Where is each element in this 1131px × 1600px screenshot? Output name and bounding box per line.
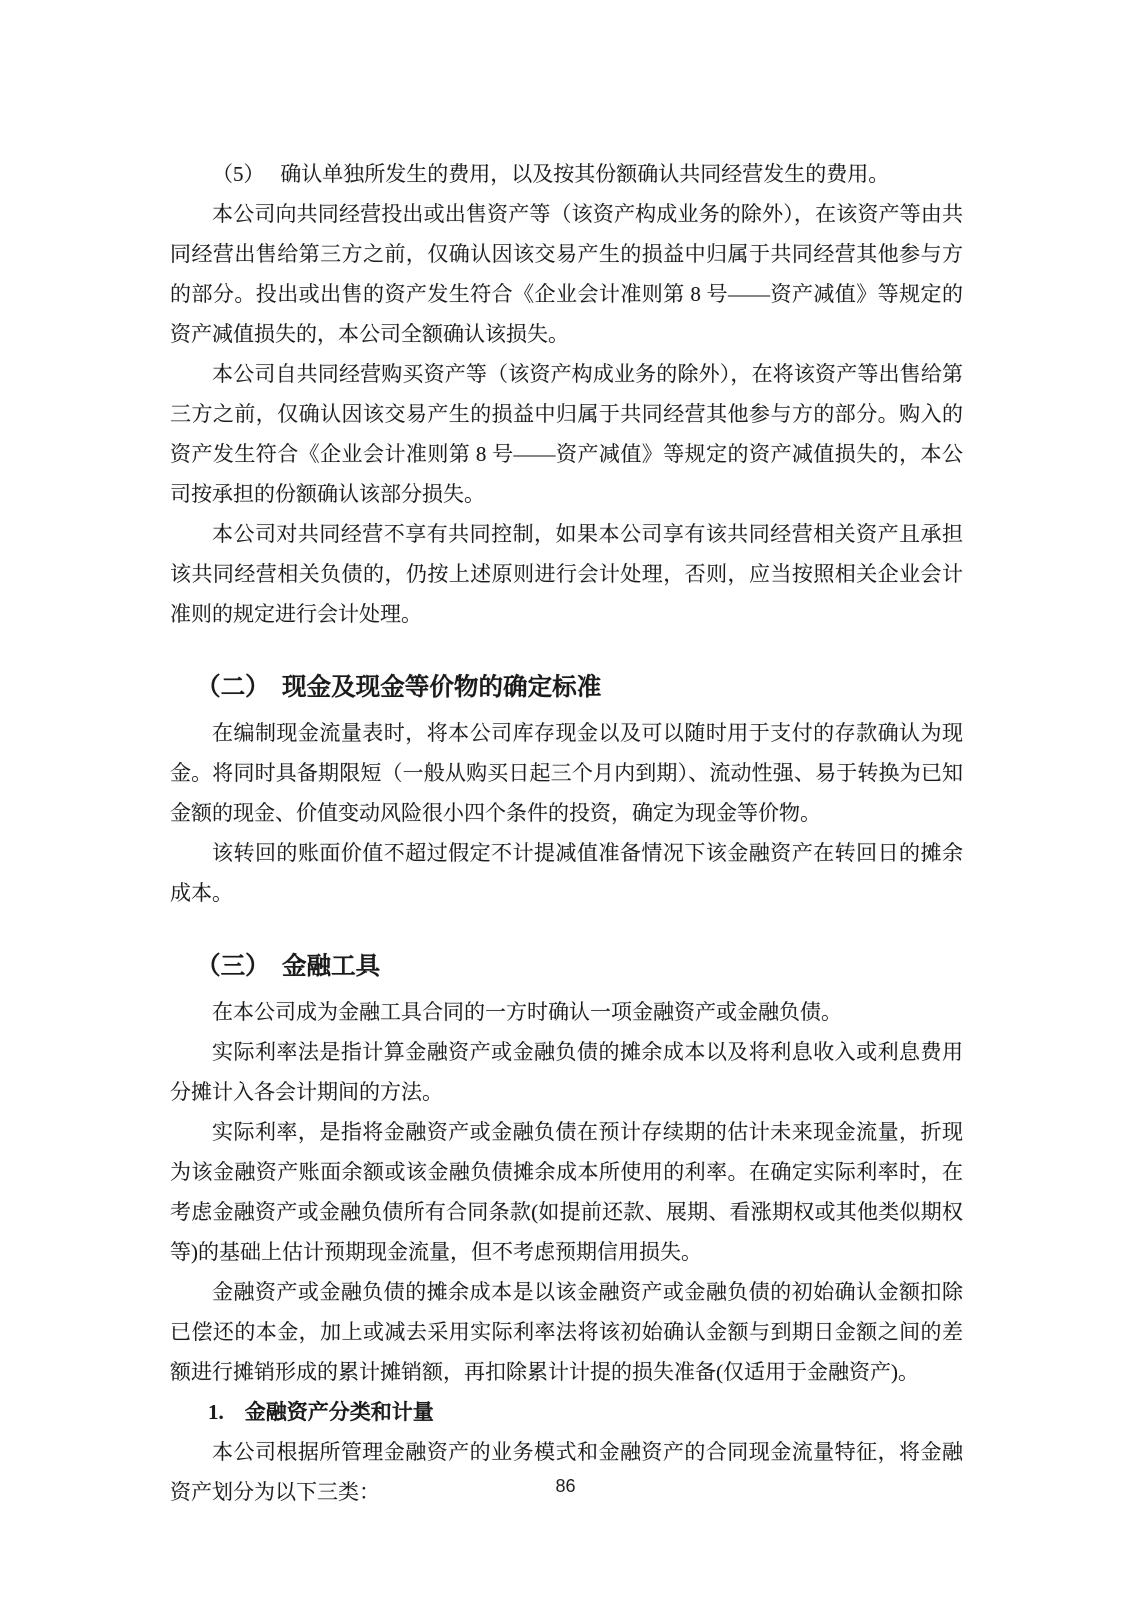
paragraph: 在本公司成为金融工具合同的一方时确认一项金融资产或金融负债。 [170, 992, 963, 1032]
subsection-heading-classification: 1. 金融资产分类和计量 [208, 1392, 963, 1432]
document-body: （5） 确认单独所发生的费用，以及按其份额确认共同经营发生的费用。 本公司向共同… [170, 154, 963, 1512]
paragraph: 本公司自共同经营购买资产等（该资产构成业务的除外），在将该资产等出售给第三方之前… [170, 354, 963, 514]
section-heading-cash: （二） 现金及现金等价物的确定标准 [196, 668, 963, 708]
paragraph: 该转回的账面价值不超过假定不计提减值准备情况下该金融资产在转回日的摊余成本。 [170, 833, 963, 913]
page-number: 86 [0, 1473, 1131, 1499]
paragraph: 实际利率，是指将金融资产或金融负债在预计存续期的估计未来现金流量，折现为该金融资… [170, 1112, 963, 1272]
document-page: （5） 确认单独所发生的费用，以及按其份额确认共同经营发生的费用。 本公司向共同… [0, 0, 1131, 1600]
paragraph: 实际利率法是指计算金融资产或金融负债的摊余成本以及将利息收入或利息费用分摊计入各… [170, 1032, 963, 1112]
paragraph: 本公司对共同经营不享有共同控制，如果本公司享有该共同经营相关资产且承担该共同经营… [170, 514, 963, 634]
paragraph: 金融资产或金融负债的摊余成本是以该金融资产或金融负债的初始确认金额扣除已偿还的本… [170, 1272, 963, 1392]
section-heading-financial-instruments: （三） 金融工具 [196, 947, 963, 987]
paragraph: 在编制现金流量表时，将本公司库存现金以及可以随时用于支付的存款确认为现金。将同时… [170, 713, 963, 833]
paragraph: 本公司向共同经营投出或出售资产等（该资产构成业务的除外），在该资产等由共同经营出… [170, 194, 963, 354]
list-item-5: （5） 确认单独所发生的费用，以及按其份额确认共同经营发生的费用。 [170, 154, 963, 194]
paragraph: 本公司根据所管理金融资产的业务模式和金融资产的合同现金流量特征，将金融资产划分为… [170, 1432, 963, 1512]
